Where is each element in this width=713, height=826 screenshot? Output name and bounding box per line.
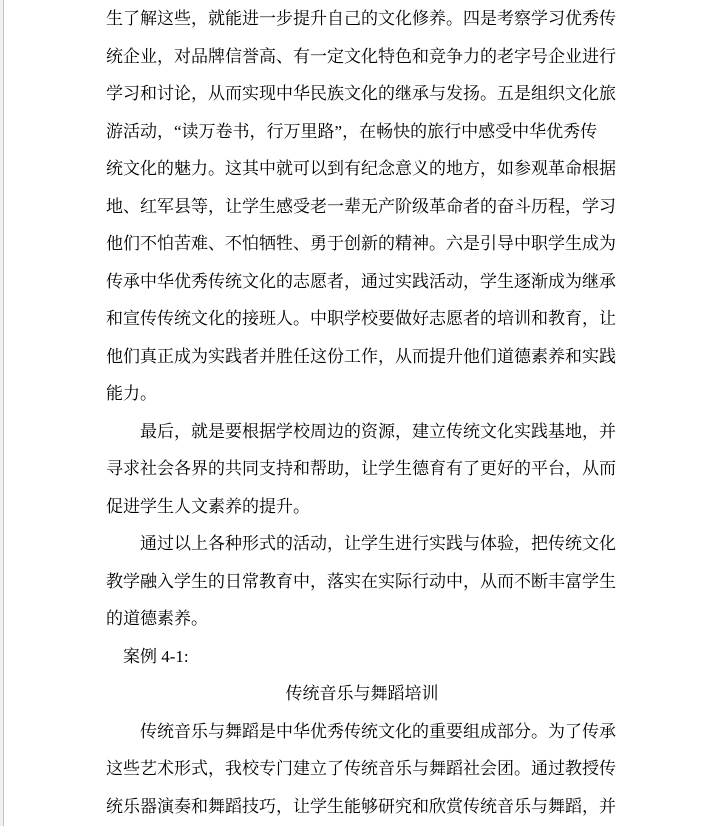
paragraph-first-line: 通过以上各种形式的活动，让学生进行实践与体验，把传统文化 [106,525,618,563]
paragraph-first-line: 传统音乐与舞蹈是中华优秀传统文化的重要组成部分。为了传承 [106,713,618,751]
page-left-edge-divider [0,0,4,826]
paragraph-end-line: 能力。 [106,375,618,413]
paragraph-first-line: 最后，就是要根据学校周边的资源，建立传统文化实践基地，并 [106,413,618,451]
text-line: 传承中华优秀传统文化的志愿者，通过实践活动，学生逐渐成为继承 [106,263,618,301]
paragraph-end-line: 的道德素养。 [106,600,618,638]
case-title: 传统音乐与舞蹈培训 [106,675,618,713]
case-label: 案例 4-1: [106,638,618,676]
paragraph-end-line: 促进学生人文素养的提升。 [106,488,618,526]
text-line: 统乐器演奏和舞蹈技巧，让学生能够研究和欣赏传统音乐与舞蹈，并 [106,788,618,826]
text-line: 寻求社会各界的共同支持和帮助，让学生德育有了更好的平台，从而 [106,450,618,488]
text-line: 生了解这些，就能进一步提升自己的文化修养。四是考察学习优秀传 [106,0,618,38]
text-line: 地、红军县等，让学生感受老一辈无产阶级革命者的奋斗历程，学习 [106,188,618,226]
text-line: 游活动，“读万卷书，行万里路”，在畅快的旅行中感受中华优秀传 [106,113,618,151]
text-line: 学习和讨论，从而实现中华民族文化的继承与发扬。五是组织文化旅 [106,75,618,113]
text-line: 这些艺术形式，我校专门建立了传统音乐与舞蹈社会团。通过教授传 [106,750,618,788]
text-line: 和宣传传统文化的接班人。中职学校要做好志愿者的培训和教育，让 [106,300,618,338]
text-line: 他们真正成为实践者并胜任这份工作，从而提升他们道德素养和实践 [106,338,618,376]
text-line: 教学融入学生的日常教育中，落实在实际行动中，从而不断丰富学生 [106,563,618,601]
text-line: 统文化的魅力。这其中就可以到有纪念意义的地方，如参观革命根据 [106,150,618,188]
text-line: 统企业，对品牌信誉高、有一定文化特色和竞争力的老字号企业进行 [106,38,618,76]
document-page: 生了解这些，就能进一步提升自己的文化修养。四是考察学习优秀传 统企业，对品牌信誉… [0,0,713,826]
text-line: 他们不怕苦难、不怕牺牲、勇于创新的精神。六是引导中职学生成为 [106,225,618,263]
document-text-column: 生了解这些，就能进一步提升自己的文化修养。四是考察学习优秀传 统企业，对品牌信誉… [106,0,618,825]
